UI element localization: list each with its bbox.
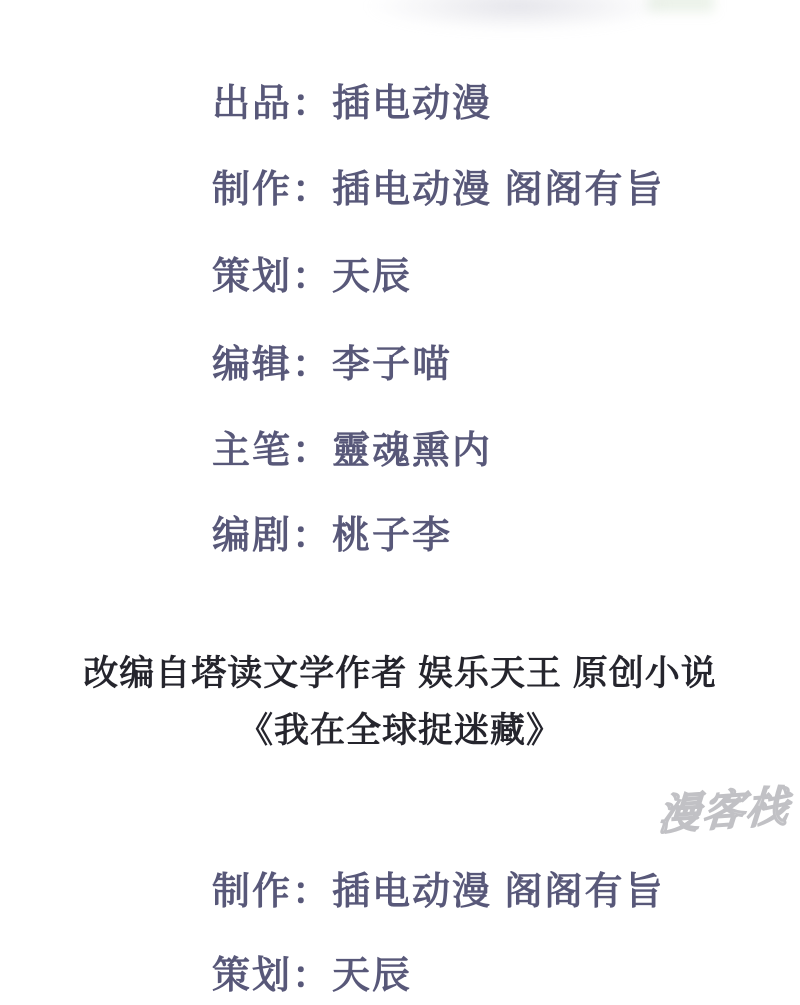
- credit-line-editor: 编辑：李子喵: [212, 346, 452, 384]
- comic-credits-page: 出品：插电动漫 制作：插电动漫 阁阁有旨 策划：天辰 编辑：李子喵 主笔：靈魂熏…: [0, 0, 800, 1005]
- mankezhan-watermark-logo: 漫客栈: [657, 785, 792, 837]
- novel-title: 《我在全球捉迷藏》: [0, 713, 800, 748]
- credit-line-screenwriter: 编剧：桃子李: [212, 517, 452, 555]
- credit-line-production: 制作：插电动漫 阁阁有旨: [212, 171, 665, 209]
- credit-line-planner-bottom: 策划：天辰: [212, 957, 412, 995]
- credit-line-production-bottom: 制作：插电动漫 阁阁有旨: [212, 873, 665, 911]
- faded-panel-remnant: [368, 0, 668, 32]
- credit-line-lead-artist: 主笔：靈魂熏内: [212, 432, 492, 470]
- adaptation-note: 改编自塔读文学作者 娱乐天王 原创小说: [0, 656, 800, 691]
- credit-line-producer: 出品：插电动漫: [212, 85, 492, 123]
- faded-corner-tint: [648, 0, 714, 12]
- credit-line-planner: 策划：天辰: [212, 258, 412, 296]
